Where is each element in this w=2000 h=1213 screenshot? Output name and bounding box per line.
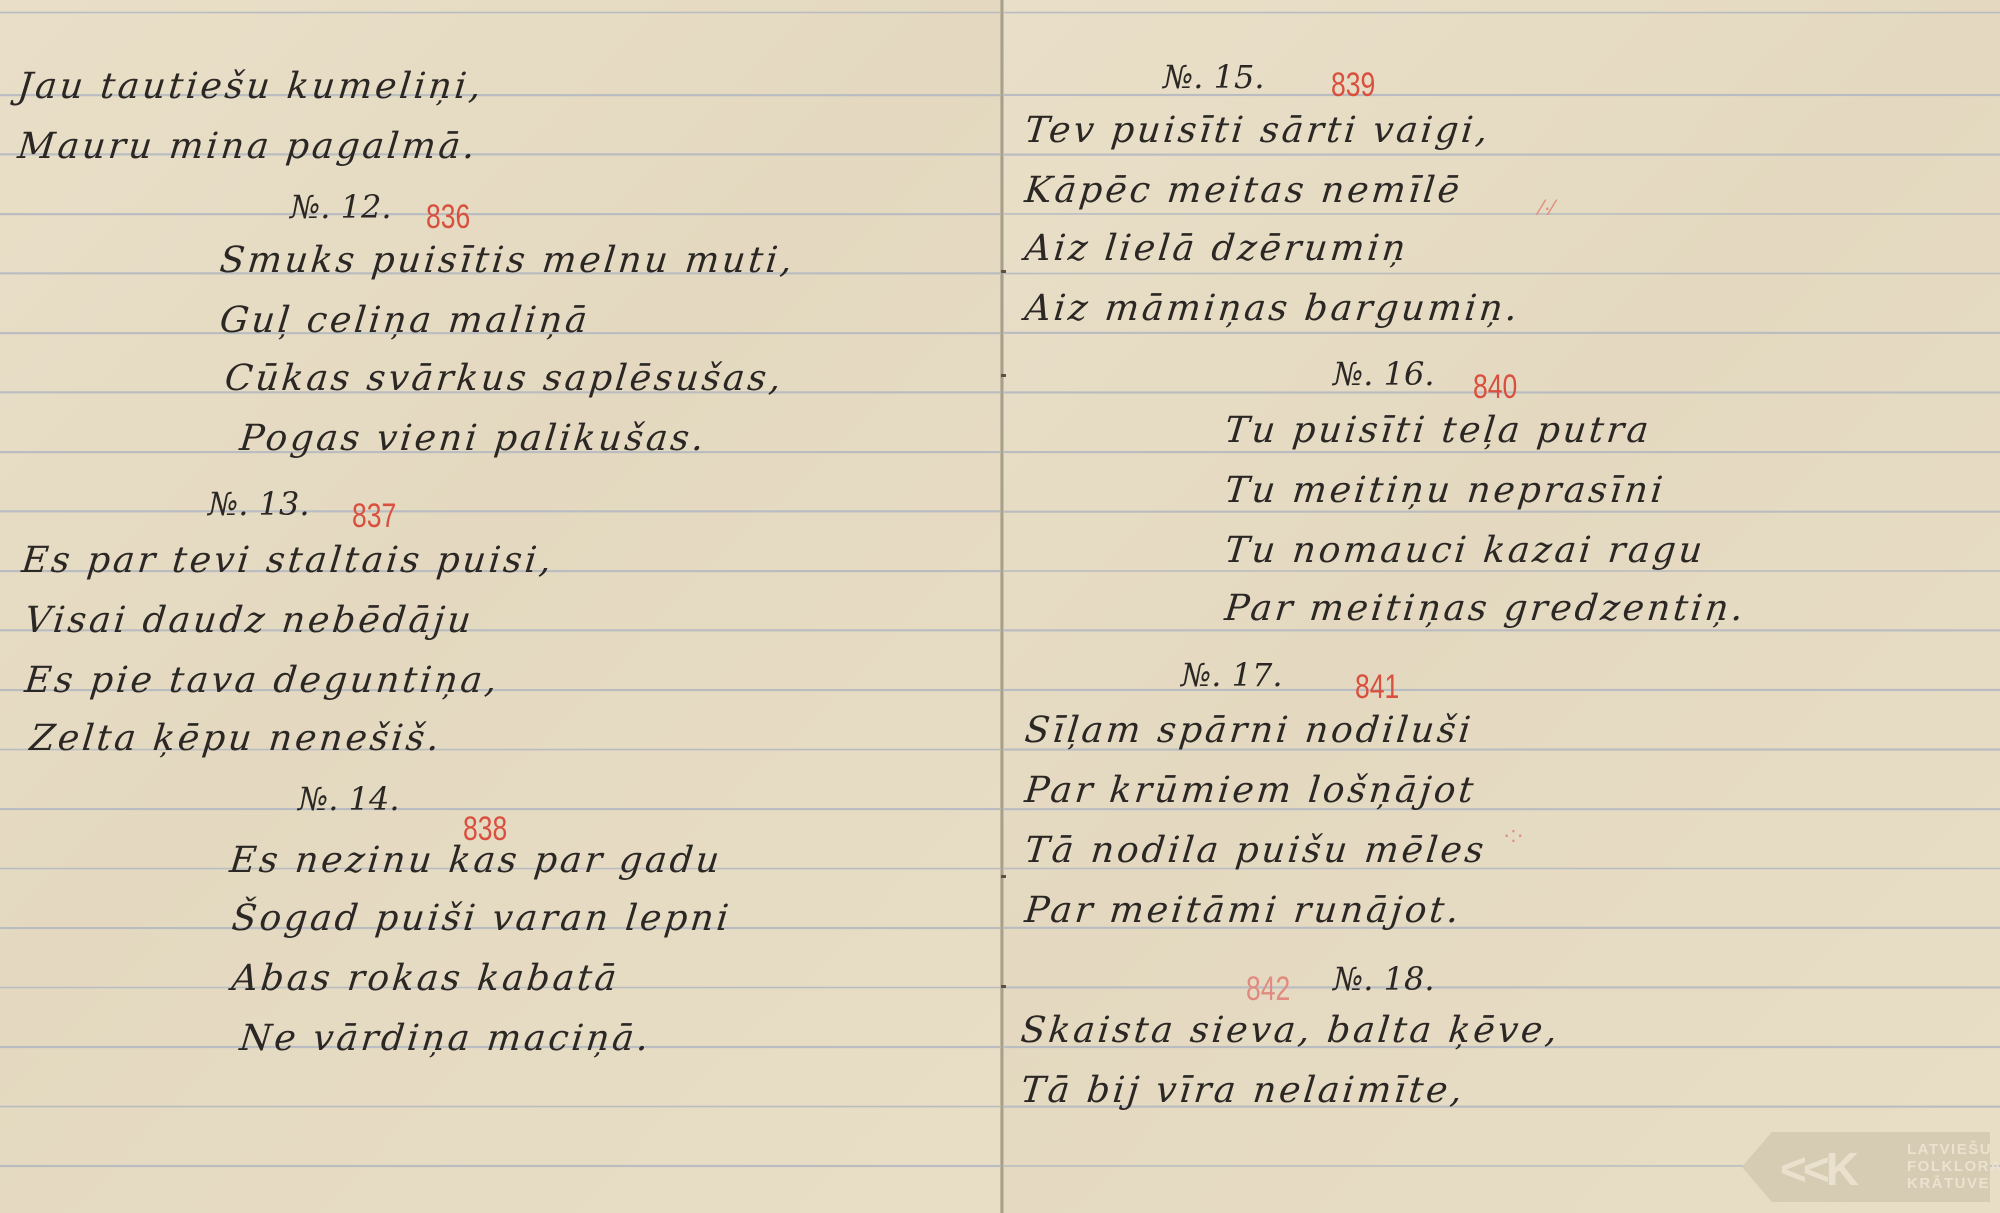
song-number: №. 18. bbox=[1333, 960, 1435, 998]
archive-id: 839 bbox=[1331, 66, 1375, 105]
text-line: Visai daudz nebēdāju bbox=[23, 600, 476, 641]
text-line: Par meitāmi runājot. bbox=[1023, 890, 1464, 931]
text-line: Skaista sieva, balta ķēve, bbox=[1019, 1010, 1562, 1051]
text-line: Šogad puiši varan lepni bbox=[230, 898, 733, 939]
text-line: Tu puisīti teļa putra bbox=[1223, 410, 1654, 451]
text-line: Es pie tava deguntiņa, bbox=[23, 660, 502, 701]
text-line: Tu meitiņu neprasīni bbox=[1223, 470, 1668, 511]
archive-id: 841 bbox=[1355, 668, 1399, 707]
page-gutter bbox=[1000, 0, 1004, 1213]
archive-id: 837 bbox=[352, 497, 396, 536]
text-line: Cūkas svārkus saplēsušas, bbox=[223, 358, 786, 399]
right-page: №. 15. 839 Tev puisīti sārti vaigi, Kāpē… bbox=[1003, 0, 2000, 1213]
text-line: Kāpēc meitas nemīlē bbox=[1023, 170, 1464, 211]
song-number: №. 16. bbox=[1333, 355, 1435, 393]
binding-staple bbox=[1001, 875, 1006, 878]
text-line: Par meitiņas gredzentiņ. bbox=[1223, 588, 1748, 629]
archive-id: 836 bbox=[426, 198, 470, 237]
binding-staple bbox=[1001, 985, 1006, 988]
text-line: Es par tevi staltais puisi, bbox=[20, 540, 556, 581]
left-page: Jau tautiešu kumeliņi, Mauru mina pagalm… bbox=[0, 0, 1003, 1213]
logo-text: LATVIEŠU FOLKLORAS KRĀTUVE bbox=[1907, 1141, 2000, 1192]
song-number: №. 17. bbox=[1181, 656, 1283, 694]
archive-id: 840 bbox=[1473, 368, 1517, 407]
text-line: Sīļam spārni nodiluši bbox=[1023, 710, 1475, 751]
text-line: Guļ celiņa maliņā bbox=[218, 300, 592, 341]
text-line: Tā bij vīra nelaimīte, bbox=[1019, 1070, 1467, 1111]
text-line: Ne vārdiņa maciņā. bbox=[238, 1018, 654, 1059]
logo-line: KRĀTUVE bbox=[1907, 1175, 2000, 1192]
logo-line: FOLKLORAS bbox=[1907, 1158, 2000, 1175]
binding-staple bbox=[1001, 374, 1006, 377]
song-number: №. 15. bbox=[1163, 58, 1265, 96]
archive-watermark-logo: <<K LATVIEŠU FOLKLORAS KRĀTUVE bbox=[1742, 1132, 1990, 1202]
red-tick-mark: ·:· bbox=[1503, 822, 1524, 848]
song-number: №. 12. bbox=[290, 188, 392, 226]
text-line: Tev puisīti sārti vaigi, bbox=[1023, 110, 1493, 151]
text-line: Aiz lielā dzērumiņ bbox=[1023, 228, 1411, 269]
text-line: Aiz māmiņas bargumiņ. bbox=[1023, 288, 1522, 329]
text-line: Tā nodila puišu mēles bbox=[1023, 830, 1489, 871]
text-line: Jau tautiešu kumeliņi, bbox=[16, 66, 486, 107]
logo-line: LATVIEŠU bbox=[1907, 1141, 2000, 1158]
logo-mark: <<K bbox=[1780, 1142, 1855, 1196]
song-number: №. 14. bbox=[298, 780, 400, 818]
text-line: Pogas vieni palikušas. bbox=[238, 418, 709, 459]
text-line: Par krūmiem lošņājot bbox=[1023, 770, 1478, 811]
text-line: Smuks puisītis melnu muti, bbox=[218, 240, 797, 281]
text-line: Abas rokas kabatā bbox=[230, 958, 622, 999]
red-tick-mark: ⁄·⁄ bbox=[1540, 195, 1555, 221]
song-number: №. 13. bbox=[208, 485, 310, 523]
text-line: Tu nomauci kazai ragu bbox=[1223, 530, 1707, 571]
binding-staple bbox=[1001, 270, 1006, 273]
archive-id: 842 bbox=[1246, 970, 1290, 1009]
text-line: Es nezinu kas par gadu bbox=[228, 840, 724, 881]
text-line: Zelta ķēpu nenešiš. bbox=[28, 718, 444, 759]
text-line: Mauru mina pagalmā. bbox=[16, 126, 480, 167]
